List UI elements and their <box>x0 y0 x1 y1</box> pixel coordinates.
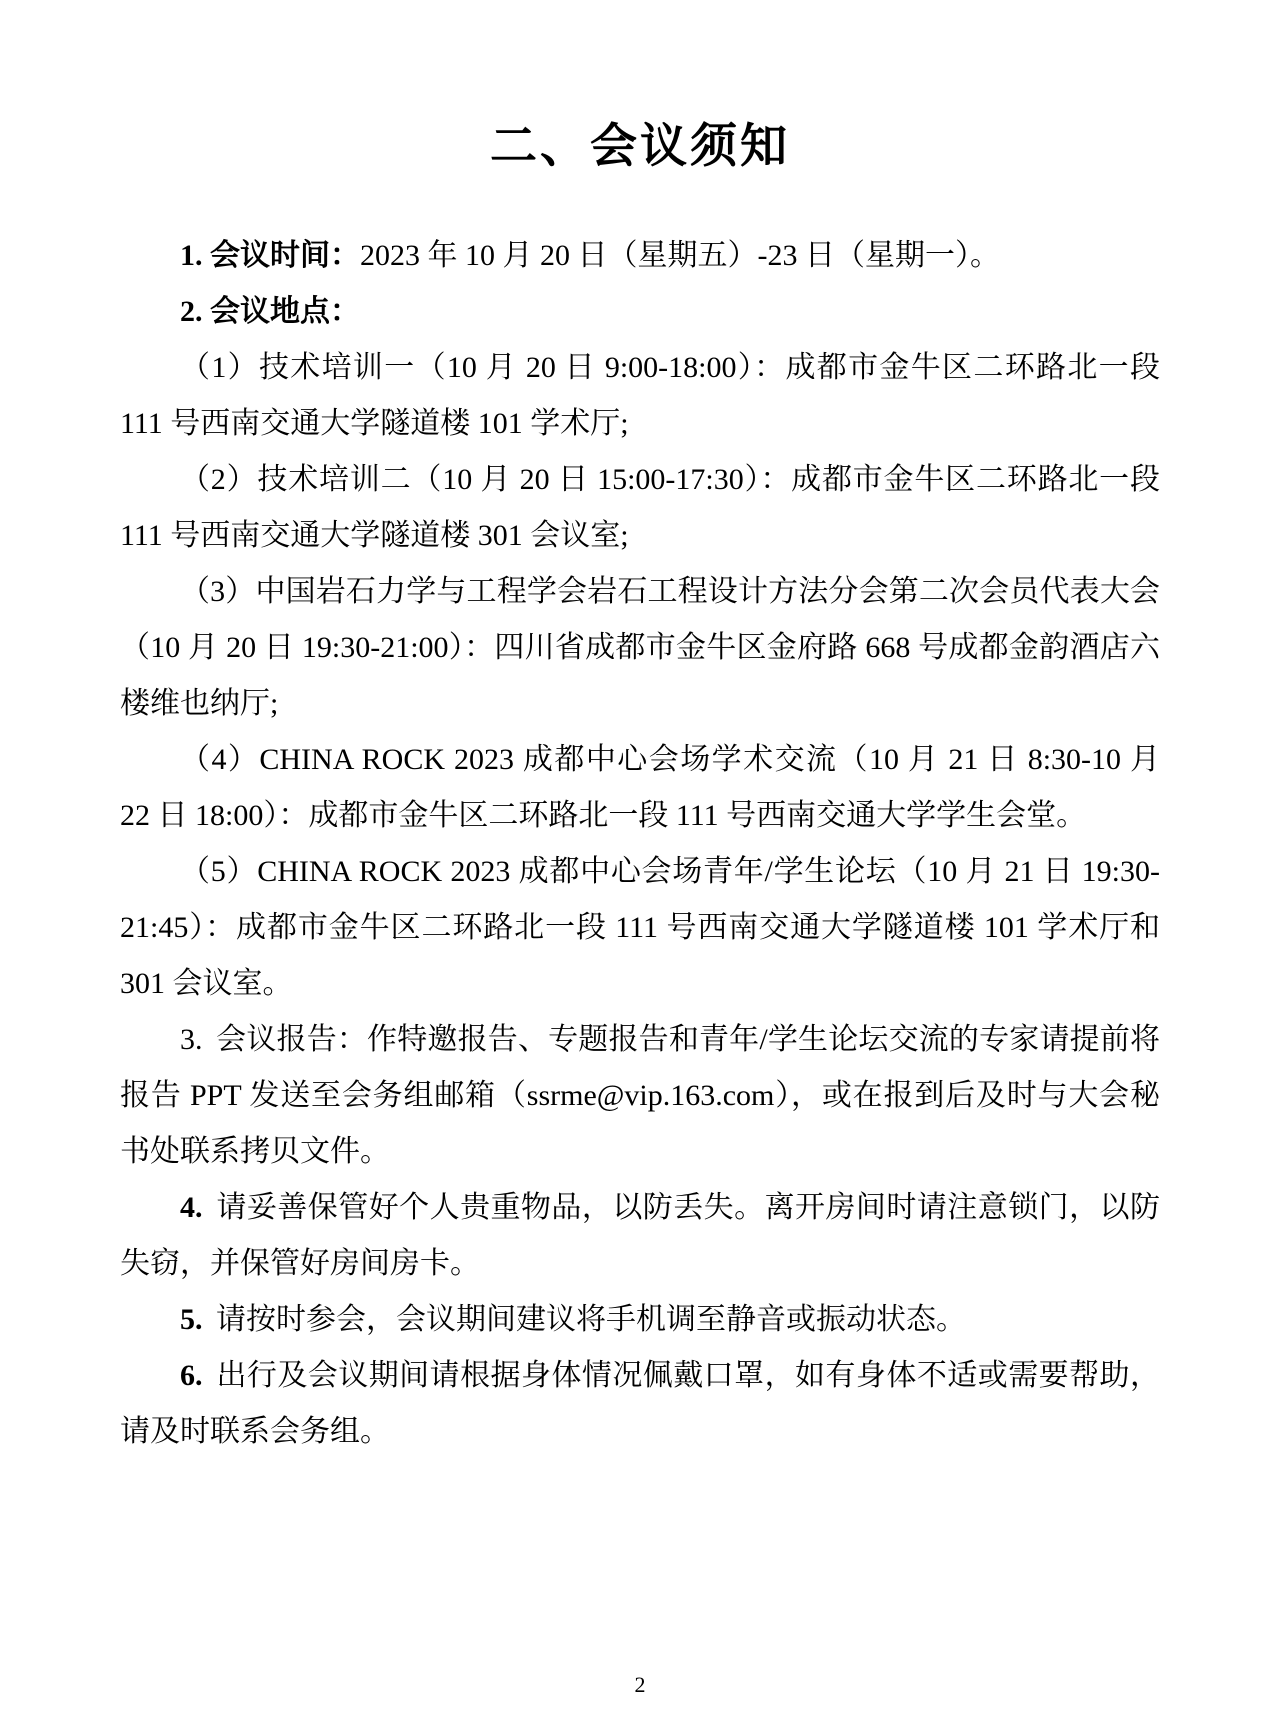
paragraph-lead: 1. 会议时间： <box>180 239 360 272</box>
document-page: 二、会议须知 1. 会议时间：2023 年 10 月 20 日（星期五）-23 … <box>0 0 1280 1724</box>
paragraph-meeting-time: 1. 会议时间：2023 年 10 月 20 日（星期五）-23 日（星期一）。 <box>120 228 1160 284</box>
paragraph-text: 2023 年 10 月 20 日（星期五）-23 日（星期一）。 <box>360 239 1000 272</box>
paragraph-venue-1: （1）技术培训一（10 月 20 日 9:00-18:00）：成都市金牛区二环路… <box>120 340 1160 452</box>
document-body: 1. 会议时间：2023 年 10 月 20 日（星期五）-23 日（星期一）。… <box>120 228 1160 1460</box>
paragraph-venue-5: （5）CHINA ROCK 2023 成都中心会场青年/学生论坛（10 月 21… <box>120 844 1160 1012</box>
paragraph-text: （5）CHINA ROCK 2023 成都中心会场青年/学生论坛（10 月 21… <box>120 855 1160 1000</box>
page-title: 二、会议须知 <box>0 118 1280 174</box>
paragraph-punctuality: 5.请按时参会，会议期间建议将手机调至静音或振动状态。 <box>120 1292 1160 1348</box>
paragraph-venue-2: （2）技术培训二（10 月 20 日 15:00-17:30）：成都市金牛区二环… <box>120 452 1160 564</box>
paragraph-lead: 5. <box>180 1303 203 1336</box>
paragraph-masks: 6.出行及会议期间请根据身体情况佩戴口罩，如有身体不适或需要帮助，请及时联系会务… <box>120 1348 1160 1460</box>
paragraph-reports: 3.会议报告：作特邀报告、专题报告和青年/学生论坛交流的专家请提前将报告 PPT… <box>120 1012 1160 1180</box>
paragraph-lead: 6. <box>180 1359 203 1392</box>
page-number: 2 <box>0 1672 1280 1698</box>
paragraph-venue-3: （3）中国岩石力学与工程学会岩石工程设计方法分会第二次会员代表大会（10 月 2… <box>120 564 1160 732</box>
paragraph-text: （1）技术培训一（10 月 20 日 9:00-18:00）：成都市金牛区二环路… <box>120 351 1160 440</box>
paragraph-text: 出行及会议期间请根据身体情况佩戴口罩，如有身体不适或需要帮助，请及时联系会务组。 <box>120 1359 1160 1448</box>
paragraph-text: 请妥善保管好个人贵重物品，以防丢失。离开房间时请注意锁门，以防失窃，并保管好房间… <box>120 1191 1160 1280</box>
paragraph-text: （3）中国岩石力学与工程学会岩石工程设计方法分会第二次会员代表大会（10 月 2… <box>120 575 1160 720</box>
paragraph-lead: 4. <box>180 1191 203 1224</box>
paragraph-text: 请按时参会，会议期间建议将手机调至静音或振动状态。 <box>216 1303 966 1336</box>
paragraph-text: （4）CHINA ROCK 2023 成都中心会场学术交流（10 月 21 日 … <box>120 743 1160 832</box>
paragraph-lead: 2. 会议地点： <box>180 295 360 328</box>
paragraph-valuables: 4.请妥善保管好个人贵重物品，以防丢失。离开房间时请注意锁门，以防失窃，并保管好… <box>120 1180 1160 1292</box>
paragraph-text: 会议报告：作特邀报告、专题报告和青年/学生论坛交流的专家请提前将报告 PPT 发… <box>120 1023 1160 1168</box>
paragraph-text: （2）技术培训二（10 月 20 日 15:00-17:30）：成都市金牛区二环… <box>120 463 1160 552</box>
paragraph-meeting-location: 2. 会议地点： <box>120 284 1160 340</box>
paragraph-lead: 3. <box>180 1023 203 1056</box>
paragraph-venue-4: （4）CHINA ROCK 2023 成都中心会场学术交流（10 月 21 日 … <box>120 732 1160 844</box>
